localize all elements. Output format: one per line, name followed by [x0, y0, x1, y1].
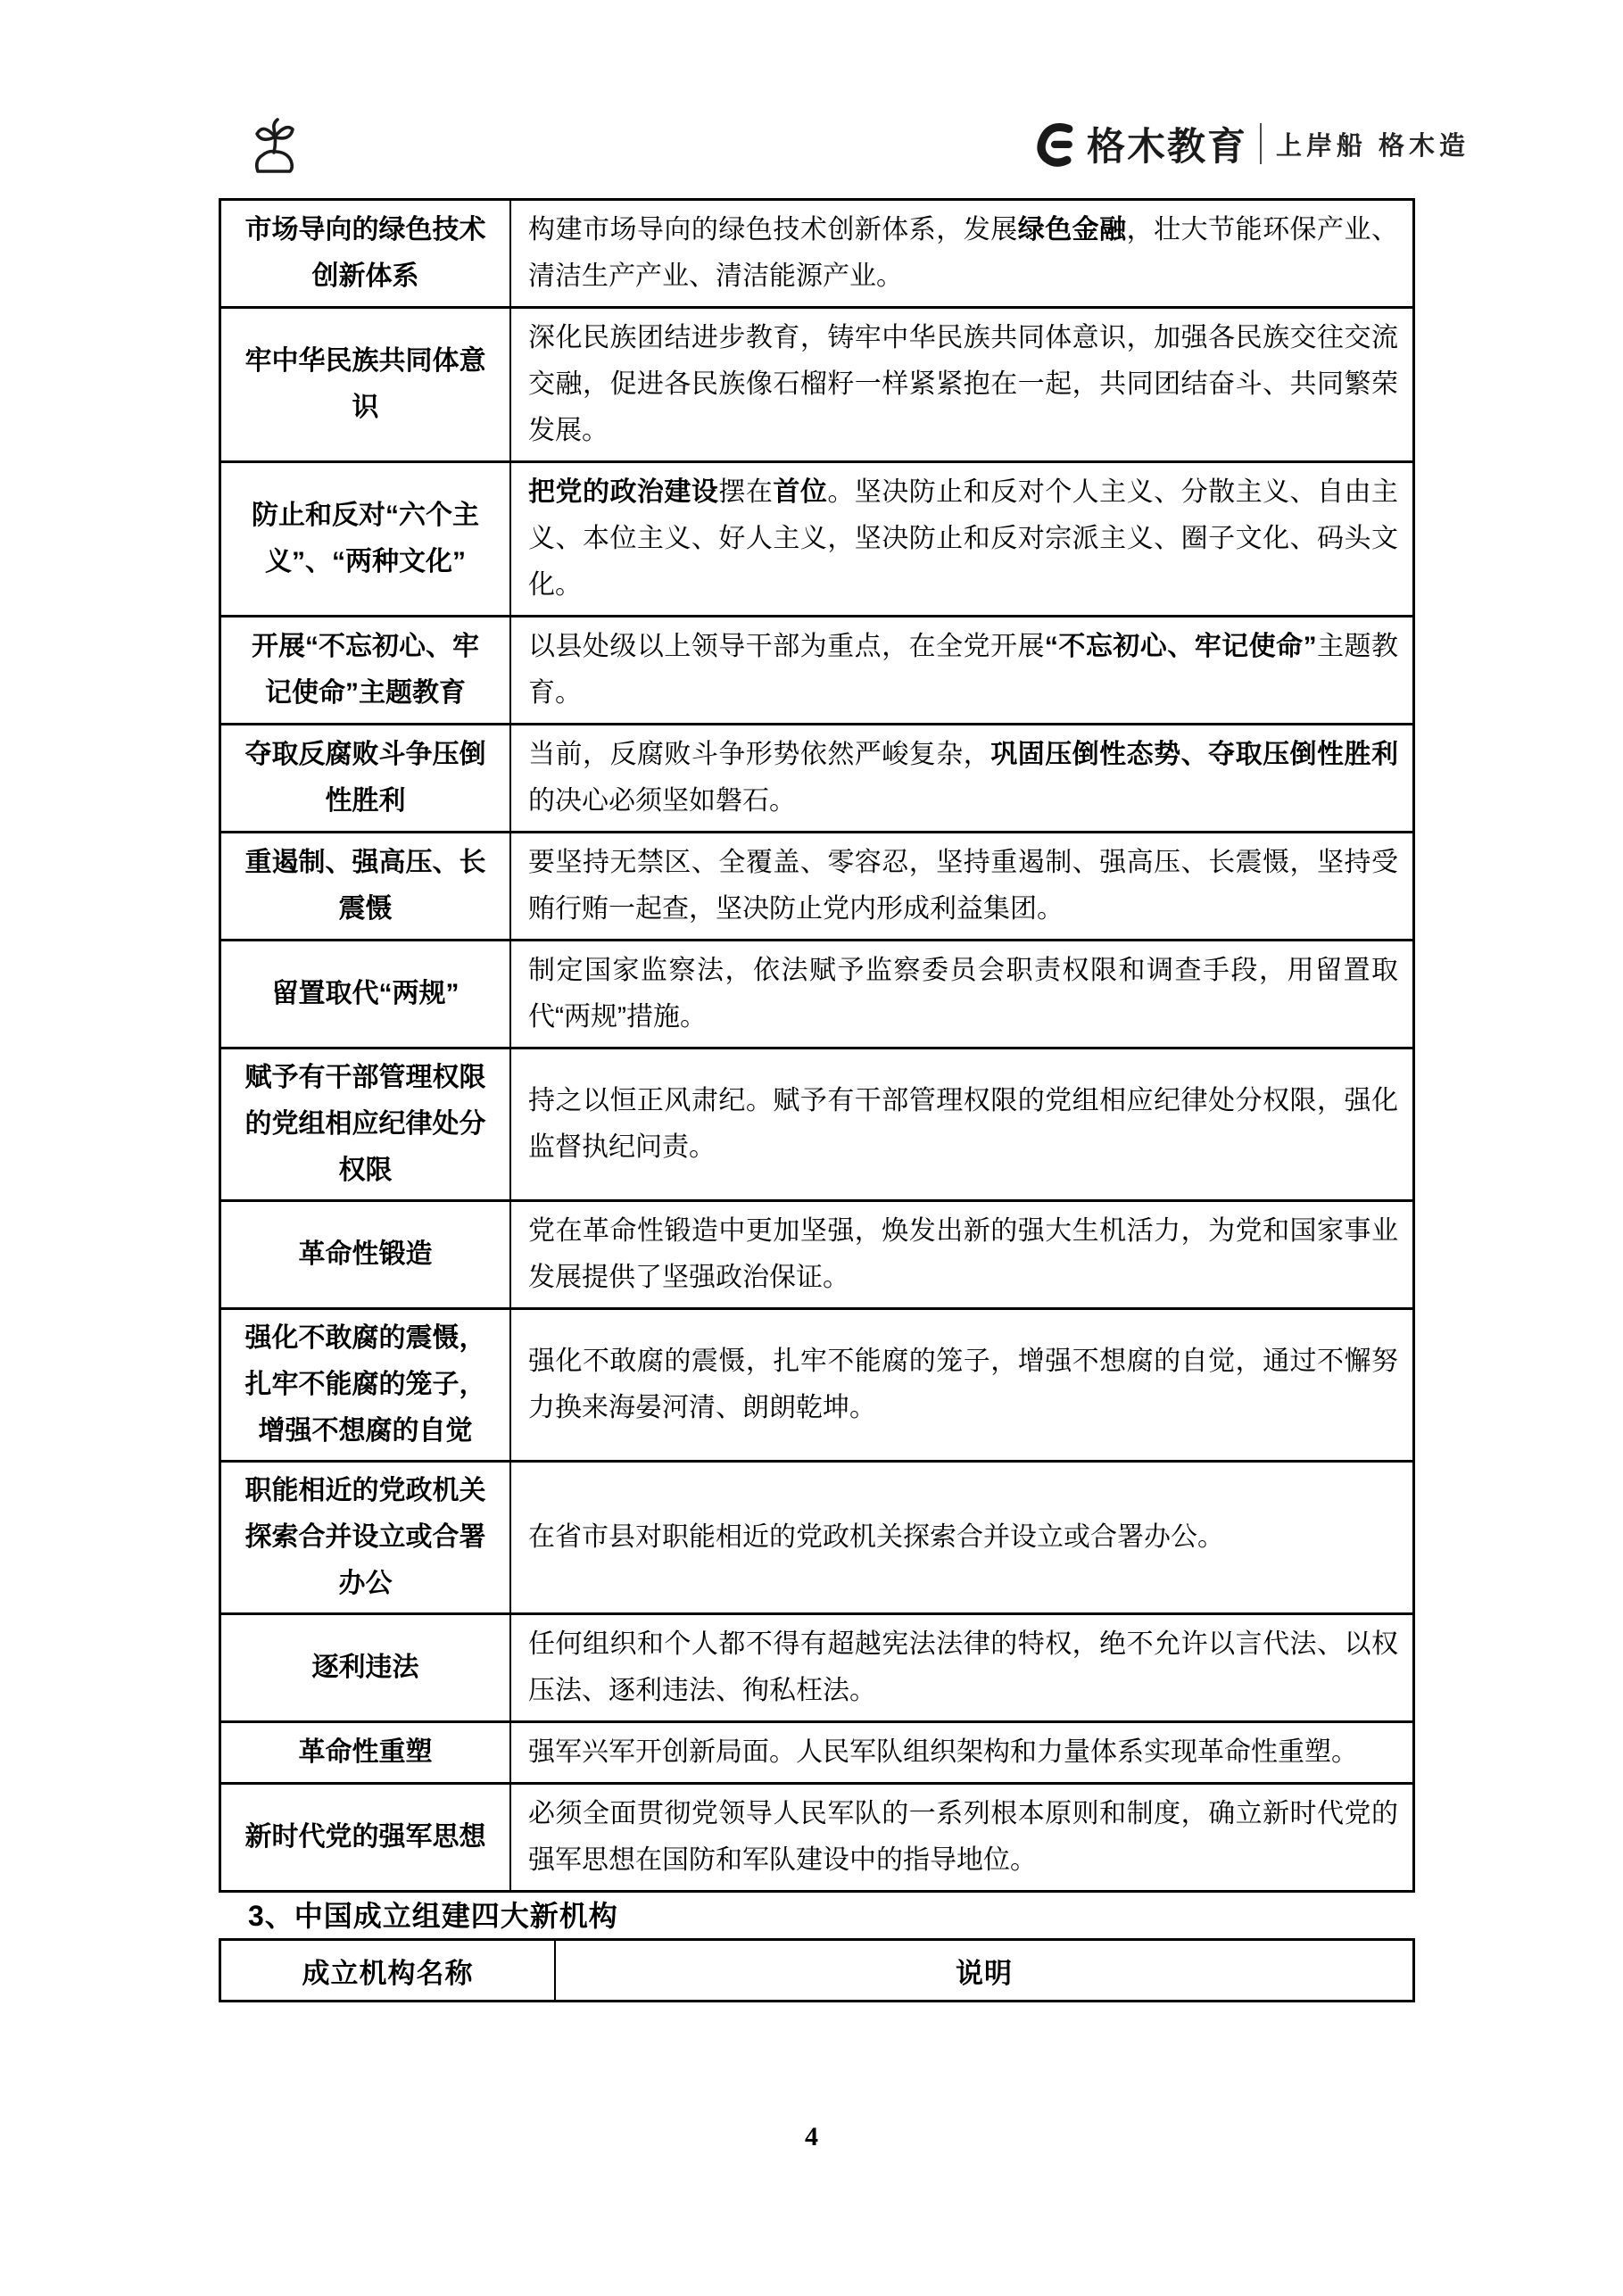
org-table-header-row: 成立机构名称 说明 — [221, 1941, 1412, 2000]
table-row: 强化不敢腐的震慑，扎牢不能腐的笼子，增强不想腐的自觉 强化不敢腐的震慑，扎牢不能… — [221, 1310, 1412, 1463]
org-desc-header-cell: 说明 — [556, 1941, 1412, 2000]
desc-run: 制定国家监察法，依法赋予监察委员会职责权限和调查手段，用留置取代“两规”措施。 — [528, 956, 1398, 1032]
term-cell: 重遏制、强高压、长震慑 — [221, 833, 511, 939]
desc-cell: 要坚持无禁区、全覆盖、零容忍，坚持重遏制、强高压、长震慑，坚持受贿行贿一起查，坚… — [511, 833, 1412, 939]
table-row: 防止和反对“六个主义”、“两种文化” 把党的政治建设摆在首位。坚决防止和反对个人… — [221, 463, 1412, 618]
desc-text: 制定国家监察法，依法赋予监察委员会职责权限和调查手段，用留置取代“两规”措施。 — [528, 948, 1398, 1040]
term-cell: 夺取反腐败斗争压倒性胜利 — [221, 725, 511, 831]
desc-run: 的决心必须坚如磐石。 — [528, 786, 796, 816]
org-table: 成立机构名称 说明 — [219, 1938, 1415, 2002]
desc-cell: 当前，反腐败斗争形势依然严峻复杂，巩固压倒性态势、夺取压倒性胜利的决心必须坚如磐… — [511, 725, 1412, 831]
desc-run: 在省市县对职能相近的党政机关探索合并设立或合署办公。 — [528, 1522, 1224, 1552]
document-page: 格木教育 上岸船 格木造 市场导向的绿色技术创新体系 构建市场导向的绿色技术创新… — [0, 0, 1623, 2296]
table-row: 赋予有干部管理权限的党组相应纪律处分权限 持之以恒正风肃纪。赋予有干部管理权限的… — [221, 1049, 1412, 1202]
table-row: 夺取反腐败斗争压倒性胜利 当前，反腐败斗争形势依然严峻复杂，巩固压倒性态势、夺取… — [221, 725, 1412, 833]
desc-cell: 强军兴军开创新局面。人民军队组织架构和力量体系实现革命性重塑。 — [511, 1723, 1412, 1782]
desc-cell: 必须全面贯彻党领导人民军队的一系列根本原则和制度，确立新时代党的强军思想在国防和… — [511, 1785, 1412, 1890]
desc-cell: 制定国家监察法，依法赋予监察委员会职责权限和调查手段，用留置取代“两规”措施。 — [511, 941, 1412, 1047]
desc-bold-run: 把党的政治建设 — [528, 477, 718, 507]
desc-cell: 在省市县对职能相近的党政机关探索合并设立或合署办公。 — [511, 1463, 1412, 1612]
table-row: 革命性锻造 党在革命性锻造中更加坚强，焕发出新的强大生机活力，为党和国家事业发展… — [221, 1202, 1412, 1310]
desc-text: 任何组织和个人都不得有超越宪法法律的特权，绝不允许以言代法、以权压法、逐利违法、… — [528, 1621, 1398, 1714]
term-cell: 新时代党的强军思想 — [221, 1785, 511, 1890]
desc-text: 构建市场导向的绿色技术创新体系，发展绿色金融，壮大节能环保产业、清洁生产产业、清… — [528, 207, 1398, 300]
desc-run: 深化民族团结进步教育，铸牢中华民族共同体意识，加强各民族交往交流交融，促进各民族… — [528, 323, 1398, 445]
brand-logo: 格木教育 上岸船 格木造 — [1035, 116, 1470, 171]
page-number: 4 — [0, 2122, 1623, 2152]
desc-cell: 深化民族团结进步教育，铸牢中华民族共同体意识，加强各民族交往交流交融，促进各民族… — [511, 309, 1412, 460]
brand-g-icon — [1035, 120, 1076, 167]
term-cell: 革命性锻造 — [221, 1202, 511, 1307]
desc-run: 要坚持无禁区、全覆盖、零容忍，坚持重遏制、强高压、长震慑，坚持受贿行贿一起查，坚… — [528, 848, 1398, 924]
brand-name: 格木教育 — [1087, 117, 1247, 171]
desc-bold-run: 绿色金融 — [1018, 215, 1127, 245]
desc-text: 持之以恒正风肃纪。赋予有干部管理权限的党组相应纪律处分权限，强化监督执纪问责。 — [528, 1078, 1398, 1171]
table-row: 牢中华民族共同体意识 深化民族团结进步教育，铸牢中华民族共同体意识，加强各民族交… — [221, 309, 1412, 463]
term-cell: 留置取代“两规” — [221, 941, 511, 1047]
desc-cell: 强化不敢腐的震慑，扎牢不能腐的笼子，增强不想腐的自觉，通过不懈努力换来海晏河清、… — [511, 1310, 1412, 1460]
brand-divider — [1260, 123, 1262, 164]
term-cell: 市场导向的绿色技术创新体系 — [221, 201, 511, 306]
desc-run: 以县处级以上领导干部为重点，在全党开展 — [528, 632, 1045, 661]
desc-run: 党在革命性锻造中更加坚强，焕发出新的强大生机活力，为党和国家事业发展提供了坚强政… — [528, 1216, 1398, 1292]
term-cell: 赋予有干部管理权限的党组相应纪律处分权限 — [221, 1049, 511, 1199]
term-cell: 牢中华民族共同体意识 — [221, 309, 511, 460]
table-row: 留置取代“两规” 制定国家监察法，依法赋予监察委员会职责权限和调查手段，用留置取… — [221, 941, 1412, 1049]
desc-text: 必须全面贯彻党领导人民军队的一系列根本原则和制度，确立新时代党的强军思想在国防和… — [528, 1791, 1398, 1884]
section-heading: 3、中国成立组建四大新机构 — [248, 1894, 618, 1935]
desc-bold-run: “不忘初心、牢记使命” — [1045, 632, 1317, 661]
desc-run: 当前，反腐败斗争形势依然严峻复杂， — [528, 740, 990, 769]
desc-bold-run: 首位 — [773, 477, 827, 507]
desc-text: 强军兴军开创新局面。人民军队组织架构和力量体系实现革命性重塑。 — [528, 1729, 1398, 1776]
desc-text: 强化不敢腐的震慑，扎牢不能腐的笼子，增强不想腐的自觉，通过不懈努力换来海晏河清、… — [528, 1339, 1398, 1431]
term-cell: 革命性重塑 — [221, 1723, 511, 1782]
desc-text: 党在革命性锻造中更加坚强，焕发出新的强大生机活力，为党和国家事业发展提供了坚强政… — [528, 1208, 1398, 1301]
glossary-table: 市场导向的绿色技术创新体系 构建市场导向的绿色技术创新体系，发展绿色金融，壮大节… — [219, 198, 1415, 1893]
table-row: 重遏制、强高压、长震慑 要坚持无禁区、全覆盖、零容忍，坚持重遏制、强高压、长震慑… — [221, 833, 1412, 941]
desc-cell: 任何组织和个人都不得有超越宪法法律的特权，绝不允许以言代法、以权压法、逐利违法、… — [511, 1615, 1412, 1720]
brand-tagline: 上岸船 格木造 — [1276, 126, 1470, 162]
org-name-header-cell: 成立机构名称 — [221, 1941, 556, 2000]
desc-cell: 以县处级以上领导干部为重点，在全党开展“不忘初心、牢记使命”主题教育。 — [511, 618, 1412, 723]
desc-text: 深化民族团结进步教育，铸牢中华民族共同体意识，加强各民族交往交流交融，促进各民族… — [528, 315, 1398, 454]
table-row: 开展“不忘初心、牢记使命”主题教育 以县处级以上领导干部为重点，在全党开展“不忘… — [221, 618, 1412, 725]
term-cell: 强化不敢腐的震慑，扎牢不能腐的笼子，增强不想腐的自觉 — [221, 1310, 511, 1460]
desc-run: 必须全面贯彻党领导人民军队的一系列根本原则和制度，确立新时代党的强军思想在国防和… — [528, 1799, 1398, 1875]
desc-run: 持之以恒正风肃纪。赋予有干部管理权限的党组相应纪律处分权限，强化监督执纪问责。 — [528, 1086, 1398, 1162]
desc-text: 在省市县对职能相近的党政机关探索合并设立或合署办公。 — [528, 1514, 1398, 1561]
desc-text: 要坚持无禁区、全覆盖、零容忍，坚持重遏制、强高压、长震慑，坚持受贿行贿一起查，坚… — [528, 840, 1398, 932]
desc-cell: 党在革命性锻造中更加坚强，焕发出新的强大生机活力，为党和国家事业发展提供了坚强政… — [511, 1202, 1412, 1307]
table-row: 革命性重塑 强军兴军开创新局面。人民军队组织架构和力量体系实现革命性重塑。 — [221, 1723, 1412, 1785]
desc-run: 摆在 — [718, 477, 773, 507]
desc-run: 任何组织和个人都不得有超越宪法法律的特权，绝不允许以言代法、以权压法、逐利违法、… — [528, 1629, 1398, 1705]
desc-text: 以县处级以上领导干部为重点，在全党开展“不忘初心、牢记使命”主题教育。 — [528, 624, 1398, 717]
term-cell: 防止和反对“六个主义”、“两种文化” — [221, 463, 511, 615]
desc-run: 构建市场导向的绿色技术创新体系，发展 — [528, 215, 1018, 245]
term-cell: 职能相近的党政机关探索合并设立或合署办公 — [221, 1463, 511, 1612]
table-row: 逐利违法 任何组织和个人都不得有超越宪法法律的特权，绝不允许以言代法、以权压法、… — [221, 1615, 1412, 1723]
term-cell: 开展“不忘初心、牢记使命”主题教育 — [221, 618, 511, 723]
term-cell: 逐利违法 — [221, 1615, 511, 1720]
desc-cell: 构建市场导向的绿色技术创新体系，发展绿色金融，壮大节能环保产业、清洁生产产业、清… — [511, 201, 1412, 306]
table-row: 职能相近的党政机关探索合并设立或合署办公 在省市县对职能相近的党政机关探索合并设… — [221, 1463, 1412, 1615]
table-row: 市场导向的绿色技术创新体系 构建市场导向的绿色技术创新体系，发展绿色金融，壮大节… — [221, 201, 1412, 309]
desc-run: 强化不敢腐的震慑，扎牢不能腐的笼子，增强不想腐的自觉，通过不懈努力换来海晏河清、… — [528, 1347, 1398, 1422]
desc-cell: 持之以恒正风肃纪。赋予有干部管理权限的党组相应纪律处分权限，强化监督执纪问责。 — [511, 1049, 1412, 1199]
desc-cell: 把党的政治建设摆在首位。坚决防止和反对个人主义、分散主义、自由主义、本位主义、好… — [511, 463, 1412, 615]
seedling-icon — [251, 116, 299, 175]
desc-bold-run: 巩固压倒性态势、夺取压倒性胜利 — [990, 740, 1398, 769]
desc-run: 强军兴军开创新局面。人民军队组织架构和力量体系实现革命性重塑。 — [528, 1737, 1358, 1767]
desc-text: 当前，反腐败斗争形势依然严峻复杂，巩固压倒性态势、夺取压倒性胜利的决心必须坚如磐… — [528, 732, 1398, 825]
table-row: 新时代党的强军思想 必须全面贯彻党领导人民军队的一系列根本原则和制度，确立新时代… — [221, 1785, 1412, 1890]
desc-text: 把党的政治建设摆在首位。坚决防止和反对个人主义、分散主义、自由主义、本位主义、好… — [528, 469, 1398, 609]
